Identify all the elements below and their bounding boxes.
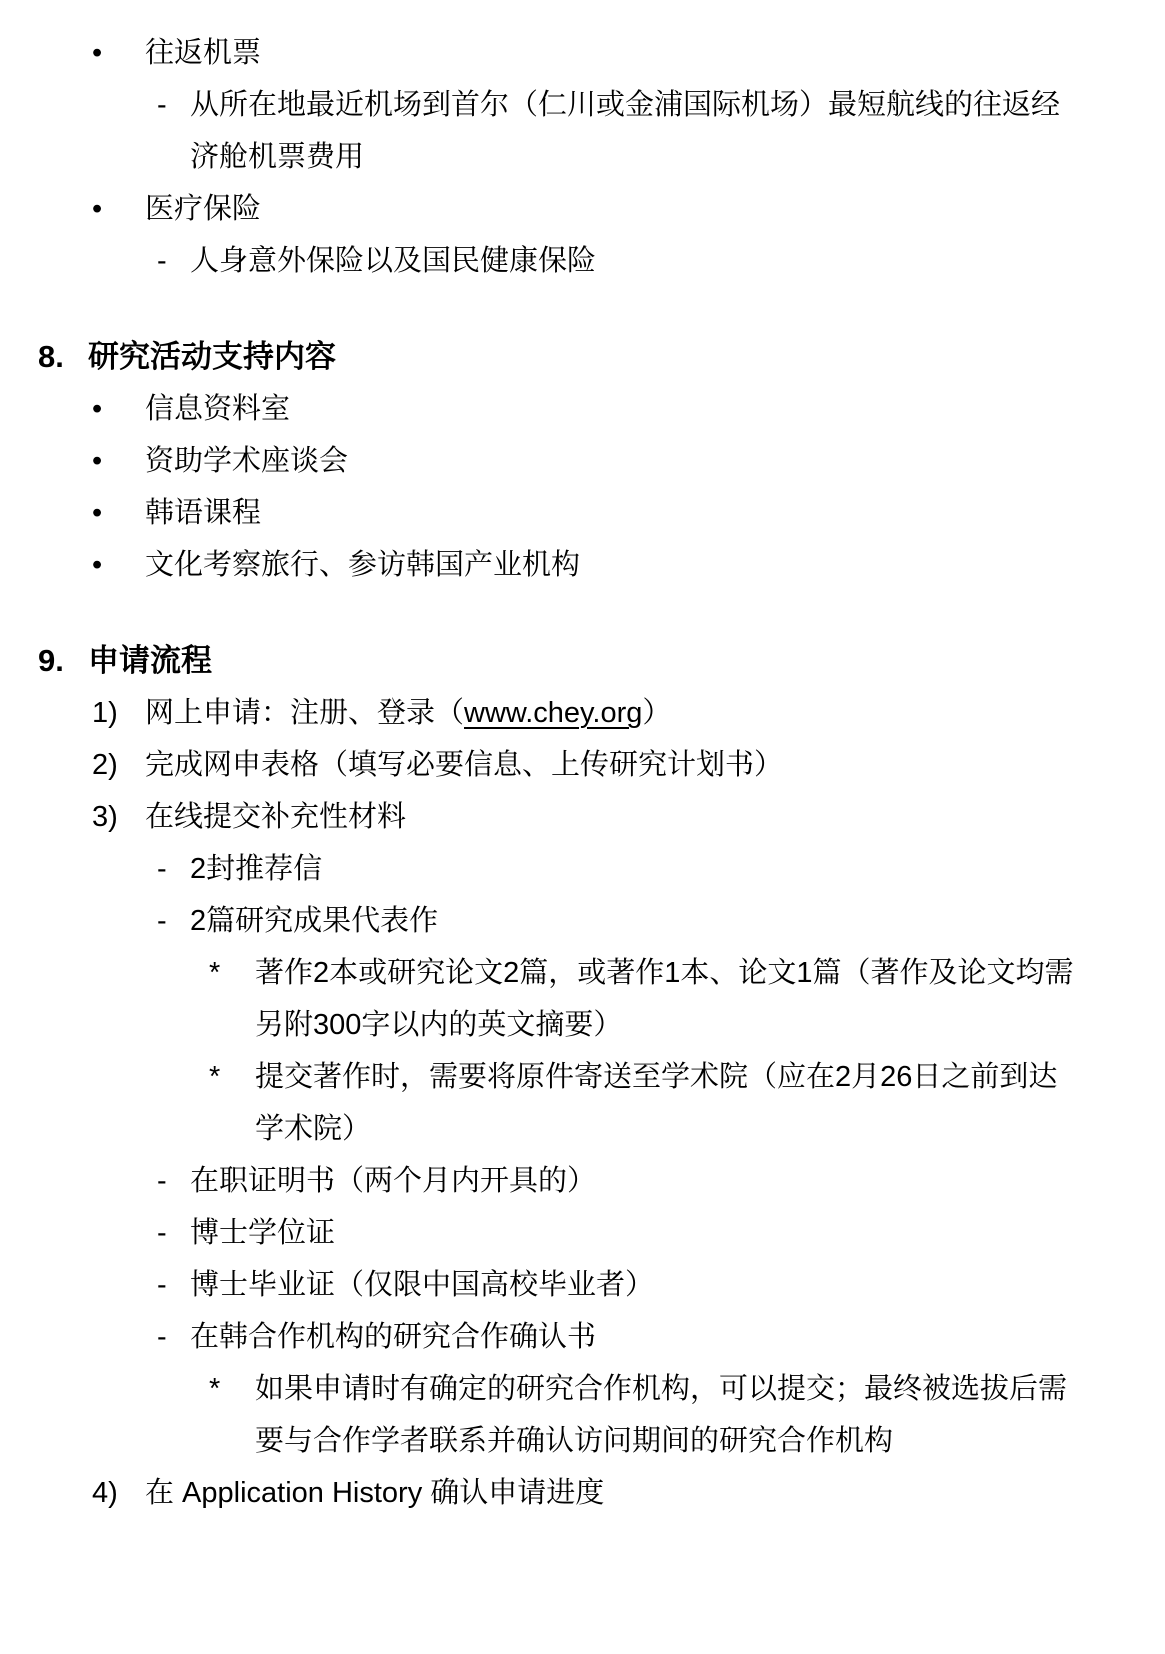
asterisk-marker-icon: * — [209, 947, 255, 999]
chey-org-link[interactable]: www.chey.org — [464, 697, 642, 729]
step-1-suffix: ） — [642, 697, 671, 729]
support-item-text: 文化考察旅行、参访韩国产业机构 — [145, 539, 1131, 591]
dash-marker-icon: - — [157, 1311, 190, 1363]
benefit-item-insurance: • 医疗保险 — [0, 183, 1131, 235]
material-note: * 如果申请时有确定的研究合作机构，可以提交；最终被选拔后需要与合作学者联系并确… — [0, 1363, 1131, 1467]
material-note: * 著作2本或研究论文2篇，或著作1本、论文1篇（著作及论文均需另附300字以内… — [0, 947, 1131, 1051]
material-item-text: 2封推荐信 — [190, 843, 1131, 895]
material-item-text: 博士毕业证（仅限中国高校毕业者） — [190, 1259, 1131, 1311]
support-item: • 文化考察旅行、参访韩国产业机构 — [0, 539, 1131, 591]
material-item: - 在职证明书（两个月内开具的） — [0, 1155, 1131, 1207]
section-title: 申请流程 — [88, 635, 1131, 687]
material-item: - 2封推荐信 — [0, 843, 1131, 895]
bullet-marker-icon: • — [92, 183, 145, 235]
apply-step-1: 1) 网上申请：注册、登录（www.chey.org） — [0, 687, 1131, 739]
material-note-text: 提交著作时，需要将原件寄送至学术院（应在2月26日之前到达学术院） — [255, 1051, 1075, 1155]
support-item: • 韩语课程 — [0, 487, 1131, 539]
apply-step-text: 在 Application History 确认申请进度 — [145, 1467, 1131, 1519]
section-9-heading: 9. 申请流程 — [0, 635, 1131, 687]
apply-step-2: 2) 完成网申表格（填写必要信息、上传研究计划书） — [0, 739, 1131, 791]
material-item: - 在韩合作机构的研究合作确认书 — [0, 1311, 1131, 1363]
support-item-text: 资助学术座谈会 — [145, 435, 1131, 487]
step-number: 1) — [92, 687, 145, 739]
bullet-marker-icon: • — [92, 435, 145, 487]
benefit-detail: - 从所在地最近机场到首尔（仁川或金浦国际机场）最短航线的往返经济舱机票费用 — [0, 79, 1131, 183]
bullet-marker-icon: • — [92, 27, 145, 79]
dash-marker-icon: - — [157, 1207, 190, 1259]
section-8-heading: 8. 研究活动支持内容 — [0, 331, 1131, 383]
bullet-marker-icon: • — [92, 539, 145, 591]
material-item: - 博士毕业证（仅限中国高校毕业者） — [0, 1259, 1131, 1311]
section-title: 研究活动支持内容 — [88, 331, 1131, 383]
section-number: 8. — [38, 331, 88, 383]
apply-step-text: 在线提交补充性材料 — [145, 791, 1131, 843]
document-page: • 往返机票 - 从所在地最近机场到首尔（仁川或金浦国际机场）最短航线的往返经济… — [0, 0, 1165, 1519]
benefit-detail: - 人身意外保险以及国民健康保险 — [0, 235, 1131, 287]
material-item-text: 在职证明书（两个月内开具的） — [190, 1155, 1131, 1207]
material-note-text: 著作2本或研究论文2篇，或著作1本、论文1篇（著作及论文均需另附300字以内的英… — [255, 947, 1075, 1051]
material-note-text: 如果申请时有确定的研究合作机构，可以提交；最终被选拔后需要与合作学者联系并确认访… — [255, 1363, 1075, 1467]
step-number: 3) — [92, 791, 145, 843]
benefit-detail-text: 从所在地最近机场到首尔（仁川或金浦国际机场）最短航线的往返经济舱机票费用 — [190, 79, 1074, 183]
section-number: 9. — [38, 635, 88, 687]
dash-marker-icon: - — [157, 895, 190, 947]
benefit-label: 医疗保险 — [145, 183, 1131, 235]
asterisk-marker-icon: * — [209, 1363, 255, 1415]
apply-step-text: 完成网申表格（填写必要信息、上传研究计划书） — [145, 739, 1131, 791]
step-1-prefix: 网上申请：注册、登录（ — [145, 697, 464, 729]
dash-marker-icon: - — [157, 79, 190, 131]
dash-marker-icon: - — [157, 1155, 190, 1207]
support-item: • 资助学术座谈会 — [0, 435, 1131, 487]
dash-marker-icon: - — [157, 843, 190, 895]
apply-step-4: 4) 在 Application History 确认申请进度 — [0, 1467, 1131, 1519]
apply-step-3: 3) 在线提交补充性材料 — [0, 791, 1131, 843]
support-item-text: 信息资料室 — [145, 383, 1131, 435]
support-item: • 信息资料室 — [0, 383, 1131, 435]
material-item: - 博士学位证 — [0, 1207, 1131, 1259]
material-item-text: 博士学位证 — [190, 1207, 1131, 1259]
benefit-item-roundtrip: • 往返机票 — [0, 27, 1131, 79]
benefit-detail-text: 人身意外保险以及国民健康保险 — [190, 235, 1131, 287]
dash-marker-icon: - — [157, 235, 190, 287]
material-item-text: 2篇研究成果代表作 — [190, 895, 1131, 947]
asterisk-marker-icon: * — [209, 1051, 255, 1103]
support-item-text: 韩语课程 — [145, 487, 1131, 539]
benefit-label: 往返机票 — [145, 27, 1131, 79]
bullet-marker-icon: • — [92, 383, 145, 435]
material-note: * 提交著作时，需要将原件寄送至学术院（应在2月26日之前到达学术院） — [0, 1051, 1131, 1155]
material-item: - 2篇研究成果代表作 — [0, 895, 1131, 947]
bullet-marker-icon: • — [92, 487, 145, 539]
step-number: 2) — [92, 739, 145, 791]
apply-step-text: 网上申请：注册、登录（www.chey.org） — [145, 687, 1131, 739]
dash-marker-icon: - — [157, 1259, 190, 1311]
step-number: 4) — [92, 1467, 145, 1519]
material-item-text: 在韩合作机构的研究合作确认书 — [190, 1311, 1131, 1363]
